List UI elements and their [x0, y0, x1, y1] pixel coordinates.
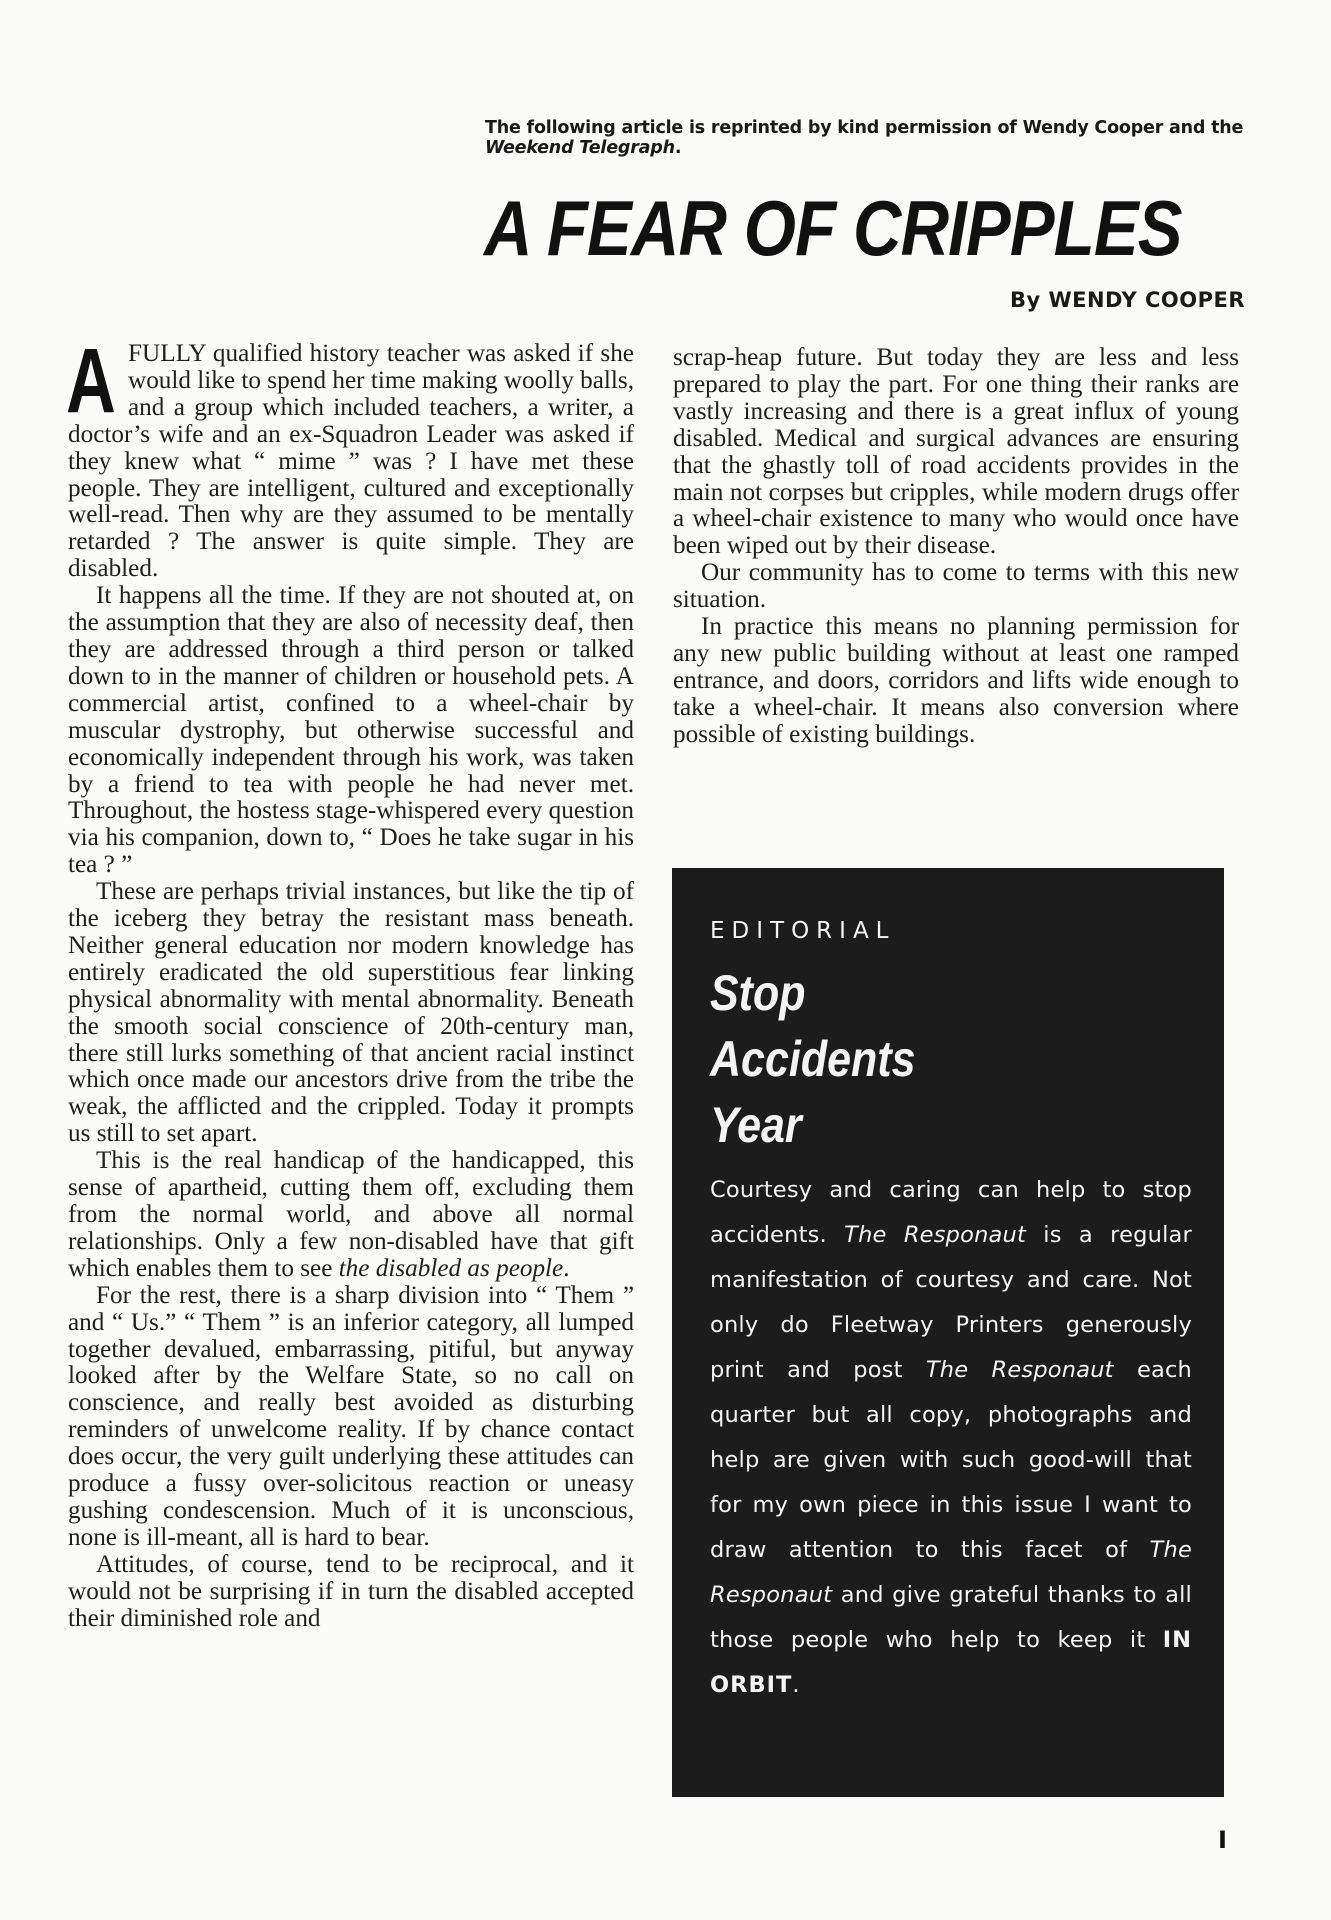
publication-name: Weekend Telegraph — [485, 138, 675, 158]
drop-cap: A — [66, 345, 104, 421]
article-paragraph: For the rest, there is a sharp division … — [68, 1283, 634, 1552]
editorial-title-line: Accidents — [710, 1026, 1125, 1092]
reprint-note-text: The following article is reprinted by ki… — [485, 118, 1243, 138]
article-paragraph: AFULLY qualified history teacher was ask… — [68, 341, 634, 583]
reprint-note-suffix: . — [675, 138, 681, 158]
page-number: I — [1218, 1826, 1227, 1854]
emphasis-text: the disabled as people — [339, 1255, 564, 1282]
article-column-left: AFULLY qualified history teacher was ask… — [68, 341, 634, 1633]
article-byline: By WENDY COOPER — [1010, 288, 1245, 312]
publication-name: The Responaut — [844, 1222, 1026, 1248]
editorial-title-line: Year — [710, 1092, 1125, 1158]
article-paragraph: These are perhaps trivial instances, but… — [68, 879, 634, 1148]
editorial-text: each quarter but all copy, photographs a… — [710, 1357, 1192, 1563]
editorial-title: Stop Accidents Year — [710, 960, 1125, 1158]
article-paragraph: In practice this means no planning permi… — [673, 614, 1239, 749]
article-headline: A FEAR OF CRIPPLES — [484, 188, 1142, 268]
article-paragraph: scrap-heap future. But today they are le… — [673, 345, 1239, 560]
editorial-text: . — [792, 1672, 799, 1698]
article-paragraph: It happens all the time. If they are not… — [68, 583, 634, 879]
editorial-body: Courtesy and caring can help to stop acc… — [710, 1168, 1192, 1708]
publication-name: The Responaut — [926, 1357, 1114, 1383]
editorial-box: EDITORIAL Stop Accidents Year Courtesy a… — [672, 868, 1224, 1797]
reprint-note: The following article is reprinted by ki… — [485, 118, 1245, 158]
article-column-right: scrap-heap future. But today they are le… — [673, 345, 1239, 749]
article-paragraph: This is the real handicap of the handica… — [68, 1148, 634, 1283]
editorial-title-line: Stop — [710, 960, 1125, 1026]
paragraph-text: FULLY qualified history teacher was aske… — [68, 340, 634, 582]
article-paragraph: Attitudes, of course, tend to be recipro… — [68, 1552, 634, 1633]
paragraph-end: . — [563, 1255, 569, 1282]
article-paragraph: Our community has to come to terms with … — [673, 560, 1239, 614]
editorial-label: EDITORIAL — [710, 918, 1192, 944]
